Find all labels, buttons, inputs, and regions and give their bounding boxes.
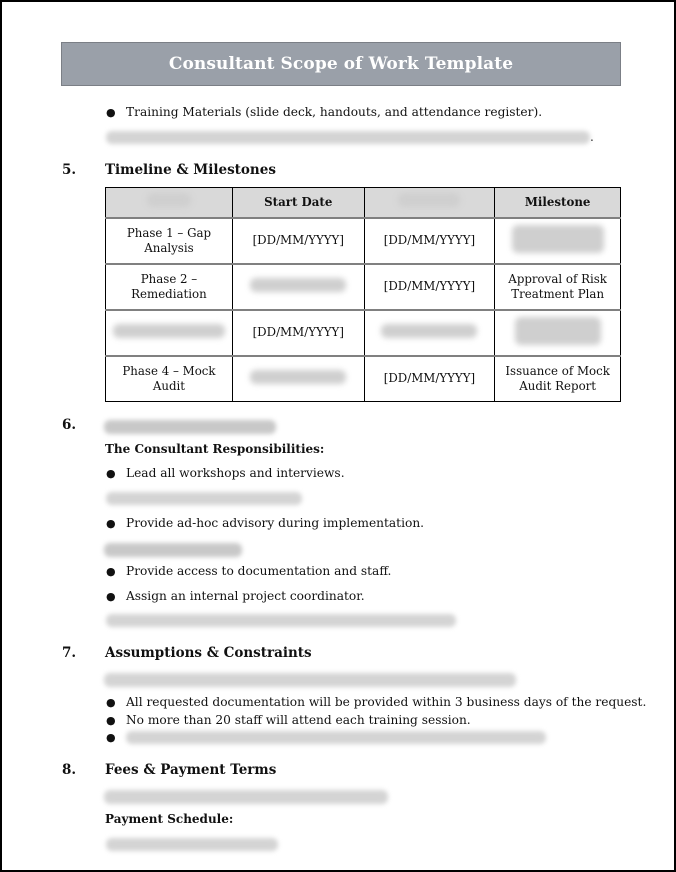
redacted-text [126, 731, 546, 744]
table-cell: Phase 1 – Gap Analysis [106, 218, 233, 264]
table-cell [495, 310, 621, 356]
redacted-text [147, 193, 191, 207]
list-item: ● No more than 20 staff will attend each… [106, 713, 471, 727]
redacted-text [113, 324, 225, 338]
redacted-text [104, 543, 242, 557]
redacted-text [250, 370, 346, 384]
redacted-text [104, 790, 388, 804]
redacted-text [106, 614, 456, 627]
list-item-text: Training Materials (slide deck, handouts… [126, 105, 542, 119]
document-page: Consultant Scope of Work Template ● Trai… [0, 0, 676, 872]
timeline-table: Start Date Milestone Phase 1 – Gap Analy… [105, 187, 621, 402]
list-item-redacted [106, 838, 278, 851]
redacted-text [515, 317, 601, 345]
table-cell: [DD/MM/YYYY] [364, 264, 495, 310]
bullet-icon: ● [106, 565, 126, 578]
table-cell: [DD/MM/YYYY] [232, 218, 364, 264]
list-item-redacted: . [106, 130, 594, 144]
table-cell [232, 264, 364, 310]
payment-schedule-heading: Payment Schedule: [105, 812, 233, 826]
list-item: ● Provide access to documentation and st… [106, 564, 391, 578]
table-cell: [DD/MM/YYYY] [364, 356, 495, 402]
bullet-icon: ● [106, 696, 126, 709]
table-row: [DD/MM/YYYY] [106, 310, 621, 356]
bullet-icon: ● [106, 467, 126, 480]
bullet-icon: ● [106, 731, 126, 744]
table-row: Phase 1 – Gap Analysis [DD/MM/YYYY] [DD/… [106, 218, 621, 264]
list-item: ● Assign an internal project coordinator… [106, 589, 365, 603]
column-header-start-date: Start Date [232, 188, 364, 218]
table-cell [495, 218, 621, 264]
list-item-text: All requested documentation will be prov… [126, 695, 646, 709]
section-number: 8. [62, 762, 76, 778]
table-cell [106, 310, 233, 356]
section-title: Timeline & Milestones [105, 162, 276, 178]
redacted-text [104, 420, 276, 434]
table-cell: [DD/MM/YYYY] [364, 218, 495, 264]
list-item: ● All requested documentation will be pr… [106, 695, 646, 709]
section-number: 5. [62, 162, 76, 178]
consultant-responsibilities-heading: The Consultant Responsibilities: [105, 442, 324, 456]
table-row: Phase 2 – Remediation [DD/MM/YYYY] Appro… [106, 264, 621, 310]
redacted-text [250, 278, 346, 292]
redacted-text [381, 324, 477, 338]
redacted-text [104, 673, 516, 687]
column-header-milestone: Milestone [495, 188, 621, 218]
client-responsibilities-heading-redacted [104, 542, 242, 561]
table-cell [232, 356, 364, 402]
table-header-row: Start Date Milestone [106, 188, 621, 218]
redacted-text [398, 193, 460, 207]
redacted-text [106, 492, 302, 505]
list-item: ● Lead all workshops and interviews. [106, 466, 345, 480]
column-header-end-date [364, 188, 495, 218]
section-number: 6. [62, 417, 76, 433]
document-title: Consultant Scope of Work Template [169, 54, 513, 74]
table-cell: Phase 2 – Remediation [106, 264, 233, 310]
list-item-text: No more than 20 staff will attend each t… [126, 713, 471, 727]
list-item: ● [106, 731, 546, 744]
redacted-text [106, 838, 278, 851]
list-item: ● Provide ad-hoc advisory during impleme… [106, 516, 424, 530]
table-cell: Approval of Risk Treatment Plan [495, 264, 621, 310]
list-item-redacted [106, 614, 456, 627]
table-cell: Issuance of Mock Audit Report [495, 356, 621, 402]
assumptions-intro-redacted [104, 672, 516, 691]
section-title: Fees & Payment Terms [105, 762, 276, 778]
bullet-icon: ● [106, 106, 126, 119]
list-item-text: Provide access to documentation and staf… [126, 564, 391, 578]
table-cell: [DD/MM/YYYY] [232, 310, 364, 356]
bullet-icon: ● [106, 714, 126, 727]
table-row: Phase 4 – Mock Audit [DD/MM/YYYY] Issuan… [106, 356, 621, 402]
bullet-icon: ● [106, 590, 126, 603]
list-item: ● Training Materials (slide deck, handou… [106, 105, 542, 119]
list-item-redacted [106, 492, 302, 505]
fee-line-redacted [104, 789, 388, 808]
list-item-text: Assign an internal project coordinator. [126, 589, 365, 603]
redacted-text [106, 131, 590, 144]
list-item-text: Lead all workshops and interviews. [126, 466, 345, 480]
section-title: Assumptions & Constraints [105, 645, 312, 661]
bullet-icon: ● [106, 517, 126, 530]
column-header-phase [106, 188, 233, 218]
section-number: 7. [62, 645, 76, 661]
document-title-banner: Consultant Scope of Work Template [61, 42, 621, 86]
section-title-redacted [104, 419, 276, 438]
list-item-text: Provide ad-hoc advisory during implement… [126, 516, 424, 530]
redacted-text [512, 225, 604, 253]
table-cell: Phase 4 – Mock Audit [106, 356, 233, 402]
table-cell [364, 310, 495, 356]
